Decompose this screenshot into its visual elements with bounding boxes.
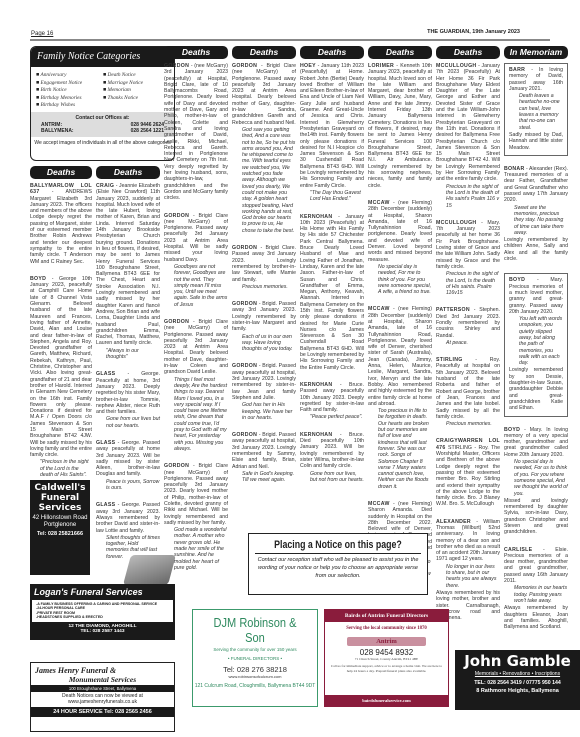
djm-robinson-ad: DJM Robinson & Son Serving the community… [192,609,318,707]
deaths-column-4: DeathsGORDON - Brigid Clare (nee McGarry… [232,46,296,495]
notice-verse: You left with words unspoken, you quietl… [509,316,563,366]
notice-text: - Bruce. Died peacefully 10th January 20… [300,432,364,469]
category-item: Death Notice [103,72,170,80]
notice-text: - ANDREWS Margaret Elizabeth 3rd January… [30,189,92,264]
notice-text: - January 11th 2023 (Peacefully) at Home… [300,63,364,189]
notice-name: GORDON [232,432,257,438]
accept-images-note: We accept images of individuals in all o… [31,137,174,150]
category-item: Anniversary [36,72,103,80]
notice-verse: Sweet are the memories, precious they st… [504,205,568,236]
notice-name: LORIMER [368,63,394,69]
notice-text: - Brigid Clare (nee McGarry) of Portglen… [232,63,296,126]
notice-name: GORDON [232,63,257,69]
deaths-column-2: DeathsCRAIG - Jeannie Elizabeth (Elsie N… [96,166,160,571]
notice-name: GORDON [164,213,189,219]
notice-item: GORDON - Brigid Clare (nee McGarry) of P… [164,319,228,452]
notice-verse: God made a wonderful mother. A mother wh… [164,527,228,571]
notice-text: - Jeannie Elizabeth (Elsie Nee Crawford)… [96,183,160,346]
notice-item: MCCULLOUGH - Mary. 7th January 2023 peac… [436,220,500,297]
notice-item: GORDON - Brigid Clare (nee McGarry) of P… [232,63,296,234]
notice-item: CRAIGYWARREN LOL 476 STIRLING - Roy. The… [436,438,500,507]
notice-item: GORDON - Brigid. Passed away 3rd January… [232,301,296,352]
notice-name: PATTERSON [436,307,470,313]
notice-text: - Brigid Clare. Passed away 3rd January … [232,245,296,282]
notice-item: BOYD - Mary. Precious memories of a much… [504,273,568,416]
notice-item: STIRLING - Roy. Peacefully at hospital o… [436,357,500,427]
notice-verse: No special day is needed, For us to thin… [504,459,568,497]
logan-funeral-ad: Logan's Funeral Services -A FAMILY BUSIN… [30,584,175,640]
in-memoriam-column: In MemoriamBARR - In loving memory of Da… [504,46,568,641]
notice-signoff: Sadly missed by Dad, Hannah and little s… [509,132,563,151]
notice-name: GORDON [232,245,257,251]
notice-item: GORDON - Brigid Clare. Passed away 3rd J… [232,245,296,290]
caldwell-funeral-ad: Caldwell's Funeral Services 42 Hillonsto… [30,480,90,575]
notice-name: GORDON [232,363,257,369]
notice-verse: Precious in the sight of the Lord is the… [436,184,500,209]
notice-item: CRAIG - Jeannie Elizabeth (Elsie Nee Cra… [96,183,160,360]
notice-verse: Gone from our lives, but not from our he… [300,471,364,484]
notice-item: GORDON - Brigid Clare (nee McGarry) of P… [164,213,228,308]
deaths-header: Deaths [300,46,364,59]
notice-verse: God has her in His keeping. We have her … [232,402,296,421]
notice-signoff: Lovingly remembered by son Dessie, daugh… [509,367,563,411]
notice-verse: "The Day thou Gavest Lord Has Ended." [300,190,364,203]
notice-text: - Mary. 7th January 2023 peacefully at h… [436,220,500,270]
placing-body: Contact our reception staff who will be … [255,553,421,580]
categories-title: Family Notice Categories [31,47,174,67]
notice-verse: Each of us in our own way. Have loving t… [232,334,296,353]
notice-name: BOYD [30,276,46,282]
notice-name: STIRLING [436,357,463,363]
notice-verse: No special day is needed, For me to thin… [368,264,432,295]
notice-signoff: Lovingly remembered by children Anne, Sa… [504,237,568,262]
notice-name: KERNOHAN [300,382,332,388]
notice-verse: Gone from our lives but not our hearts. [96,416,160,429]
notice-item: KERNOHAN - January 10th 2023 (Peacefully… [300,214,364,371]
deaths-column-3: DeathsGORDON - (nee McGarry) 3rd January… [164,46,228,582]
notice-name: GORDON [232,301,257,307]
notice-text: - (nee Fleming) 28th December (suddenly)… [368,200,432,263]
family-notice-categories: Family Notice Categories AnniversaryDeat… [30,46,175,161]
notice-text: - January 10th 2023 (Peacefully) at His … [300,214,364,371]
notice-name: MCCAW [368,200,390,206]
notice-item: GLASS - George. Passed away 3rd January … [96,502,160,560]
notice-text: - Kenneth 10th January 2023, peacefully … [368,63,432,189]
deaths-header: Deaths [436,46,500,59]
notice-name: GLASS [96,502,115,508]
notice-item: CARLISLE - Elsie. Precious memories of a… [504,547,568,631]
category-item: Engagement Notice [36,80,103,88]
notice-name: GLASS [96,371,115,377]
notice-item: KERNOHAN - Bruce. Died peacefully 10th J… [300,432,364,483]
notice-name: BONAR [504,166,525,172]
notice-verse: No longer in our lives to share, but in … [436,564,500,589]
category-item: Thanks Notice [103,95,170,103]
notice-text: STIRLING - Roy. The Worshipful Master, O… [436,445,500,508]
notice-text: - George. Peacefully at home, 3rd Januar… [96,371,160,415]
notice-item: HOEY - January 11th 2023 (Peacefully) at… [300,63,364,203]
page-header: Page 16 THE GUARDIAN, 19th January 2023 [30,27,550,41]
notice-text: - Brigid Clare (nee McGarry) of Portglen… [164,213,228,263]
notice-text: - George. Passed away peacefully at home… [96,440,160,477]
notice-item: ALEXANDER - William Thomas (Wilburt) 52n… [436,519,500,622]
deaths-column-6: DeathsLORIMER - Kenneth 10th January 202… [368,46,432,595]
notice-name: GORDON [164,463,189,469]
categories-list: AnniversaryDeath NoticeEngagement Notice… [31,67,174,112]
notice-item: BALLYMARLOW LOL 637 - ANDREWS Margaret E… [30,183,92,265]
page-number: Page 16 [31,31,53,37]
bible-image [123,555,176,585]
notice-text: - Brigid Clare (nee McGarry) of Portglen… [164,319,228,375]
notice-verse: Safe in God's keeping. Till we meet agai… [232,471,296,484]
notice-item: BOYD - Mary. In loving memory of a very … [504,427,568,536]
notice-verse: Memories in our hearts today. Passing ye… [504,585,568,604]
notice-name: MCCULLOUGH [436,63,476,69]
notice-name: CRAIG [96,183,114,189]
james-henry-funeral-ad: James Henry Funeral & Monumental Service… [30,662,175,732]
notice-text: - Alexander (Rex). Treasured memories of… [504,166,568,203]
masthead: THE GUARDIAN, 19th January 2023 [427,29,520,35]
notice-name: GORDON [164,63,189,69]
category-item: Birth Notice [36,87,103,95]
notice-verse: "Always in our thoughts" [96,348,160,361]
notice-name: MCCAW [368,306,390,312]
notice-text: - (nee Fleming) 28th December (suddenly)… [368,306,432,406]
notice-item: GORDON - Brigid. Passed away peacefully … [232,363,296,421]
deaths-header: Deaths [368,46,432,59]
logan-services-list: -A FAMILY BUSINESS OFFERING A CARING AND… [32,600,173,622]
office-ballymena: BALLYMENA:028 2564 1221 [37,128,168,134]
notice-verse: "Peace perfect peace". [300,414,364,420]
notice-signoff: Always remembered by daughters Eleanor, … [504,605,568,630]
notice-verse: Precious in the sight of the Lord, Is th… [436,271,500,296]
placing-notice-box: Placing a Notice on this page? Contact o… [248,533,428,595]
deaths-column-1: DeathsBALLYMARLOW LOL 637 - ANDREWS Marg… [30,166,92,489]
notice-item: MCCULLOUGH - January 7th 2023 (Peacefull… [436,63,500,209]
deaths-header: Deaths [232,46,296,59]
notice-name: GLASS [96,440,115,446]
notice-verse: Death leaves a heartache no-one can heal… [509,93,563,131]
category-item: Memoriam [103,87,170,95]
contact-offices: Contact our Offices at: ANTRIM:028 9446 … [31,112,174,137]
notice-name: BOYD [504,427,520,433]
notice-verse: Peace is yours, Sorrow is ours. [96,479,160,492]
notice-item: BARR - In loving memory of David, passed… [504,63,568,156]
notice-name: BOYD [509,277,525,283]
notice-text: - January 7th 2023 (Peacefully) At Her H… [436,63,500,182]
notice-item: GLASS - George. Peacefully at home, 3rd … [96,371,160,429]
notice-name: CARLISLE [504,547,532,553]
deaths-header: Deaths [96,166,160,179]
notice-name: GORDON [164,319,189,325]
in-memoriam-header: In Memoriam [504,46,568,59]
category-item: Marriage Notice [103,80,170,88]
notice-text: - Brigid Clare (nee McGarry) of Portglen… [164,463,228,526]
notice-item: MCCAW - (nee Fleming) 28th December (sud… [368,200,432,295]
john-gamble-ad: John Gamble Memorials • Renovations • In… [455,650,580,710]
notice-signoff: Missed and lovingly remembered by daught… [504,498,568,536]
notice-verse: Too precious in life to be forgotten in … [368,408,432,490]
notice-verse: "Precious in the sight of the Lord is th… [30,459,92,478]
newspaper-page: Page 16 THE GUARDIAN, 19th January 2023 … [30,0,580,737]
notice-name: KERNOHAN [300,432,332,438]
deaths-column-5: DeathsHOEY - January 11th 2023 (Peaceful… [300,46,364,494]
notice-item: BOYD - George 10th January 2023, peacefu… [30,276,92,479]
notice-text: - (nee McGarry) 3rd January 2023 (peacef… [164,63,228,201]
notice-verse: Things I feel most deeply, Are the harde… [164,377,228,453]
notice-name: BARR [509,67,525,73]
notice-item: PATTERSON - Stephen. Died 3rd January 20… [436,307,500,346]
notice-text: - Brigid. Passed away peacefully at hosp… [232,432,296,469]
notice-text: - William Thomas (Wilburt) 52nd annivers… [436,519,500,563]
notice-item: GLASS - George. Passed away peacefully a… [96,440,160,491]
placing-title: Placing a Notice on this page? [267,534,409,553]
contact-title: Contact our Offices at: [37,115,168,121]
notice-item: GORDON - (nee McGarry) 3rd January 2023 … [164,63,228,202]
notice-verse: Precious memories. [232,284,296,290]
notice-name: KERNOHAN [300,214,332,220]
notice-item: BONAR - Alexander (Rex). Treasured memor… [504,166,568,262]
notice-name: HOEY [300,63,316,69]
category-item: Birthday Memories [36,95,103,103]
notice-text: - Mary. Precious memories of a much love… [509,277,563,314]
notice-item: LORIMER - Kenneth 10th January 2023, pea… [368,63,432,189]
bairds-antrim-ad: Bairds of Antrim Funeral Directors Servi… [324,609,449,707]
deaths-header: Deaths [30,166,92,179]
deaths-column-7: DeathsMCCULLOUGH - January 7th 2023 (Pea… [436,46,500,632]
category-item: Birthday Wishes [36,102,103,110]
notice-name: ALEXANDER [436,519,471,525]
notice-name: MCCAW [368,501,390,507]
notice-text: - Elsie. Precious memories of a dear mot… [504,547,568,584]
logan-service-item: -HEADSTONES SUPPLIED & ERECTED [36,615,169,619]
deaths-header: Deaths [164,46,228,59]
notice-verse: Goodbyes are not forever, Goodbyes are n… [164,264,228,308]
notice-item: MCCAW - (nee Fleming) 28th December (sud… [368,306,432,490]
notice-item: KERNOHAN - Bruce. Passed away peacefully… [300,382,364,421]
notice-item: GORDON - Brigid. Passed away peacefully … [232,432,296,483]
notice-text: - George 10th January 2023, peacefully a… [30,276,92,458]
notice-text: - Brigid. Passed away peacefully at hosp… [232,363,296,400]
notice-verse: At peace. [436,340,500,346]
notice-text: - Roy. Peacefully at hospital on 5th Jan… [436,357,500,420]
notice-verse: Precious memories. [436,421,500,427]
notice-verse: God saw you getting tired, And a cure wa… [232,127,296,234]
notice-name: MCCULLOUGH [436,220,476,226]
